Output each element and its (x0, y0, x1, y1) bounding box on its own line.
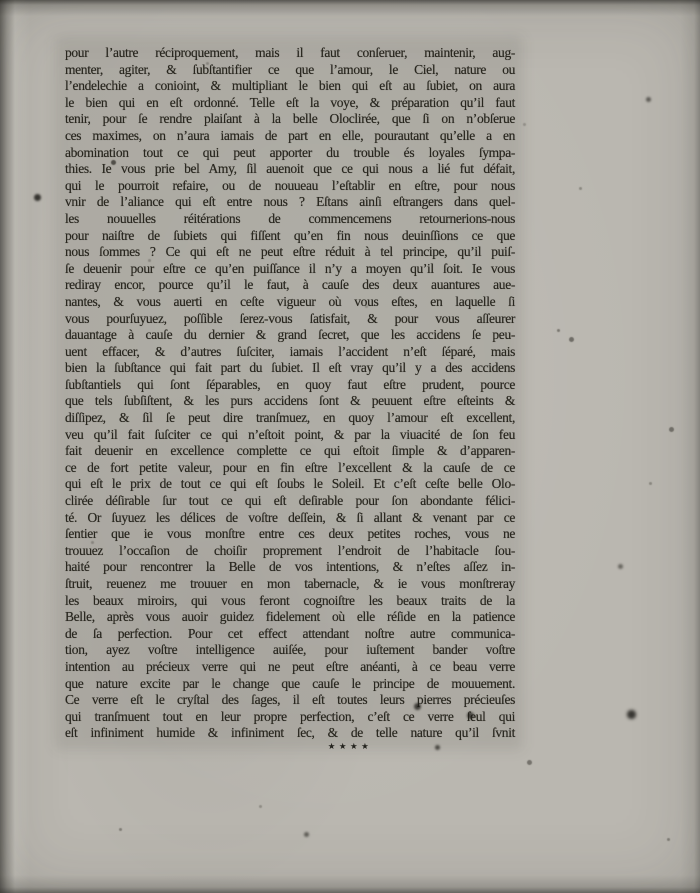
text-line: pour l’autre réciproquement, mais il fau… (65, 45, 515, 62)
text-line: pour naiſtre de ſubiets qui fiſſent qu’e… (65, 228, 515, 245)
text-line: rediray encor, pource qu’il le faut, à c… (65, 277, 515, 294)
text-line: les nouuelles réitérations de commenceme… (65, 211, 515, 228)
text-line: trouuez l’occaſion de choiſir proprement… (65, 543, 515, 560)
text-block: pour l’autre réciproquement, mais il fau… (65, 45, 515, 742)
text-line: menter, agiter, & ſubſtantifier ce que l… (65, 62, 515, 79)
text-line: vnir de l’aliance qui eſt entre nous ? E… (65, 194, 515, 211)
text-line: qui le pourroit refaire, ou de nouueau l… (65, 178, 515, 195)
text-line: le bien qui en eſt ordonné. Telle eſt la… (65, 95, 515, 112)
text-line: uent effacer, & d’autres ſuſciter, iamai… (65, 344, 515, 361)
text-line: abomination tout ce qui peut apporter du… (65, 145, 515, 162)
text-line: Ce verre eſt le cryſtal des ſages, il eſ… (65, 692, 515, 709)
text-line: qui eſt le prix de tout ce qui eſt ſoubs… (65, 476, 515, 493)
text-line: haité pour rencontrer la Belle de vos in… (65, 559, 515, 576)
text-line: que nature excite par le change que cauſ… (65, 676, 515, 693)
signature-mark: ★★★★ (0, 742, 700, 752)
text-line: diſſipez, & ſil ſe peut dire tranſmuez, … (65, 410, 515, 427)
text-line: l’endelechie a conioint, & multipliant l… (65, 78, 515, 95)
text-line: ſe deuenir pour eſtre ce qu’en puiſſance… (65, 261, 515, 278)
text-line: tenir, pour ſe rendre plaiſant à la bell… (65, 111, 515, 128)
text-line: fait deuenir en excellence complette ce … (65, 443, 515, 460)
text-line: Belle, après vous auoir guidez fidelemen… (65, 609, 515, 626)
text-line: veu qu’il fait ſuſciter ce qui n’eſtoit … (65, 427, 515, 444)
text-line: thies. Ie vous prie bel Amy, ſil auenoit… (65, 161, 515, 178)
paper-specks (0, 0, 3, 3)
text-line: ces maximes, on n’aura iamais de part en… (65, 128, 515, 145)
text-line: bien la ſubſtance qui fait part du ſubie… (65, 360, 515, 377)
text-line: vous pourſuyuez, poſſible ſerez-vous ſat… (65, 311, 515, 328)
text-line: ce de fort petite valeur, pour en fin eſ… (65, 460, 515, 477)
text-line: les beaux miroirs, qui vous feront cogno… (65, 593, 515, 610)
text-line: tion, ayez voſtre intelligence auiſée, p… (65, 642, 515, 659)
book-page: pour l’autre réciproquement, mais il fau… (0, 0, 700, 893)
text-line: nous ſommes ? Ce qui eſt ne peut eſtre r… (65, 244, 515, 261)
text-line: ſubſtantiels qui ſont ſéparables, en quo… (65, 377, 515, 394)
text-line: nantes, & vous auerti en ceſte vigueur o… (65, 294, 515, 311)
text-line: eſt infiniment humide & infiniment ſec, … (65, 725, 515, 742)
text-line: de ſa perfection. Pour cet effect attend… (65, 626, 515, 643)
text-line: dauantage à cauſe du dernier & grand ſec… (65, 327, 515, 344)
text-line: qui tranſmuent tout en leur propre perfe… (65, 709, 515, 726)
text-line: clirée déſirable ſur tout ce qui eſt deſ… (65, 493, 515, 510)
text-line: intention au précieux verre qui ne peut … (65, 659, 515, 676)
text-line: ſentier que ie vous monſtre entre ces de… (65, 526, 515, 543)
text-line: ſtruit, reuenez me trouuer en mon tabern… (65, 576, 515, 593)
text-line: té. Or ſuyuez les délices de voſtre deſſ… (65, 510, 515, 527)
text-line: que tels ſubſiſtent, & les purs accidens… (65, 393, 515, 410)
